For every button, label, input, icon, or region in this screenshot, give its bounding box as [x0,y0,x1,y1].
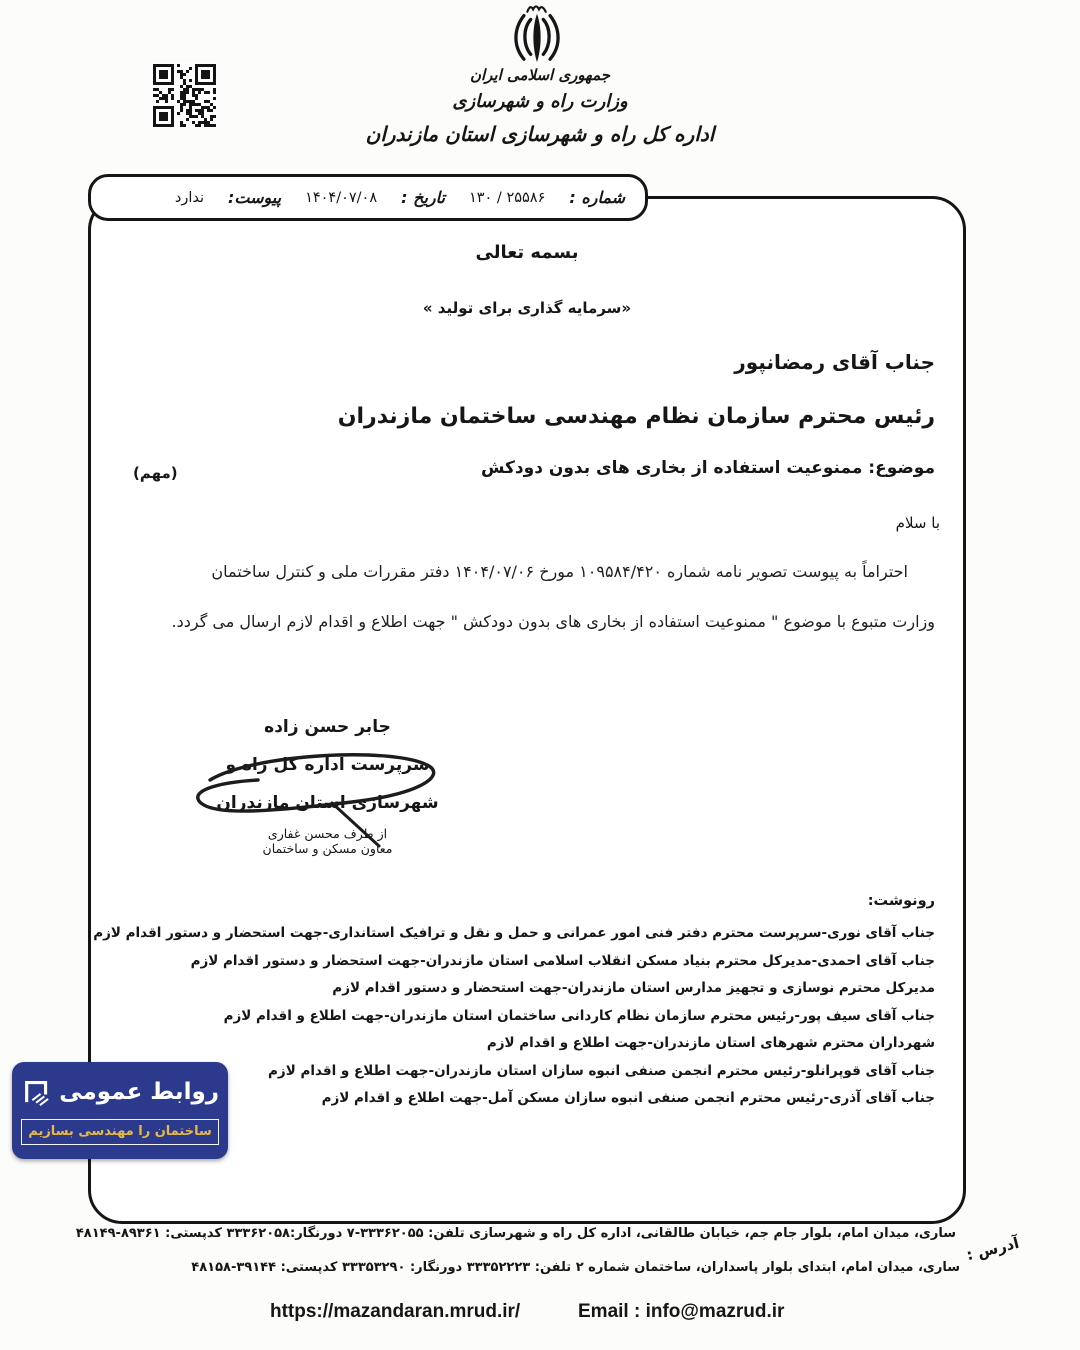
letter-meta-box: شماره : ۲۵۵۸۶ / ۱۳۰ تاریخ : ۱۴۰۴/۰۷/۰۸ پ… [88,174,648,221]
header-ministry: وزارت راه و شهرسازی [0,91,1080,112]
scanned-letter-page: { "header": { "country": "جمهوری اسلامی … [0,0,1080,1350]
salutation: با سلام [896,514,940,532]
cc-item: شهرداران محترم شهرهای استان مازندران-جهت… [93,1030,935,1058]
header-country: جمهوری اسلامی ایران [0,66,1080,84]
email-address: Email : info@mazrud.ir [578,1301,784,1323]
address-line-1: ساری، میدان امام، بلوار جام جم، خیابان ط… [76,1226,956,1241]
date-value: ۱۴۰۴/۰۷/۰۸ [305,190,377,206]
pr-badge-header: روابط عمومی [21,1069,219,1115]
cc-label: رونوشت: [868,893,935,909]
pr-badge: روابط عمومی ساختمان را مهندسی بسازیم [12,1062,228,1159]
attachment-value: ندارد [175,190,204,206]
importance-tag: (مهم) [133,464,178,482]
number-value: ۲۵۵۸۶ / ۱۳۰ [469,190,545,206]
recipient-title: رئیس محترم سازمان نظام مهندسی ساختمان ما… [338,404,935,429]
subject-line: موضوع: ممنوعیت استفاده از بخاری های بدون… [481,458,935,478]
cc-item: جناب آقای احمدی-مدیرکل محترم بنیاد مسکن … [93,948,935,976]
address-line-2: ساری، میدان امام، ابتدای بلوار پاسداران،… [191,1260,960,1275]
iran-emblem-icon [506,4,568,66]
address-label: آدرس : [965,1234,1021,1264]
cc-item: جناب آقای نوری-سرپرست محترم دفتر فنی امو… [93,920,935,948]
signature-block: جابر حسن زاده سرپرست اداره کل راه و شهرس… [200,708,455,856]
header-department: اداره کل راه و شهرسازی استان مازندران [0,122,1080,146]
handwritten-signature [182,736,452,856]
cc-item: جناب آقای سیف پور-رئیس محترم سازمان نظام… [93,1003,935,1031]
cc-item: مدیرکل محترم نوسازی و تجهیز مدارس استان … [93,975,935,1003]
recipient-name: جناب آقای رمضانپور [734,350,935,374]
number-label: شماره : [569,188,625,207]
attachment-label: پیوست: [228,188,281,207]
body-line-1: احتراماً به پیوست تصویر نامه شماره ۱۰۹۵۸… [211,562,908,581]
mrud-logo-icon [21,1073,51,1111]
body-line-2: وزارت متبوع با موضوع " ممنوعیت استفاده ا… [172,612,935,631]
pr-badge-slogan: ساختمان را مهندسی بسازیم [21,1119,219,1145]
besmele-heading: بسمه تعالی [88,242,966,263]
pr-badge-title: روابط عمومی [59,1079,219,1105]
year-slogan: «سرمایه گذاری برای تولید » [88,299,966,317]
website-url: https://mazandaran.mrud.ir/ [270,1301,520,1323]
date-label: تاریخ : [401,188,445,207]
